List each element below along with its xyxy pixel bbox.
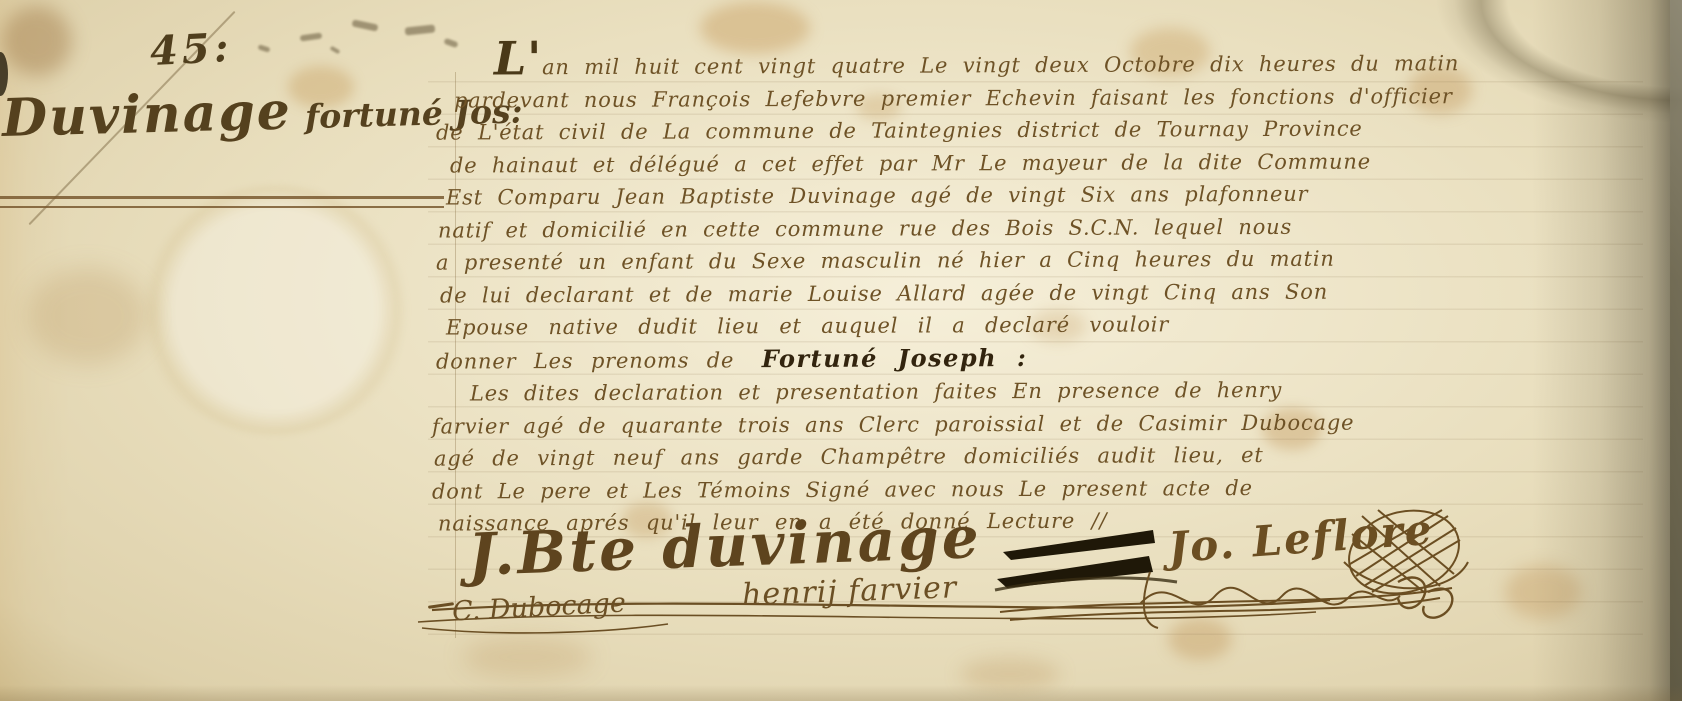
act-line: farvier agé de quarante trois ans Clerc … (432, 405, 1612, 443)
signature-paraph-loops (1000, 562, 1460, 632)
act-line: agé de vingt neuf ans garde Champêtre do… (434, 437, 1612, 475)
paper-stain (462, 636, 592, 678)
act-line: Epouse native dudit lieu et auquel il a … (446, 306, 1612, 344)
act-text: L'an mil huit cent vingt quatre Le vingt… (432, 40, 1612, 538)
page-edge (1670, 0, 1682, 701)
paper-stain (28, 268, 148, 364)
paper-watermark (140, 185, 410, 435)
ink-smudge (405, 24, 436, 35)
act-line: donner Les prenoms de (436, 348, 734, 373)
act-line: de lui declarant et de marie Louise Alla… (440, 274, 1612, 312)
act-line: pardevant nous François Lefebvre premier… (454, 79, 1612, 117)
act-line: de hainaut et délégué a cet effet par Mr… (450, 144, 1612, 182)
ink-smudge (352, 19, 379, 31)
margin-double-rule (0, 196, 444, 208)
act-line: a presenté un enfant du Sexe masculin né… (436, 241, 1612, 279)
act-line: Est Comparu Jean Baptiste Duvinage agé d… (446, 176, 1612, 214)
child-name: Fortuné Joseph : (762, 342, 1028, 372)
paper-stain (1505, 565, 1581, 619)
act-line: Les dites declaration et presentation fa… (470, 373, 1612, 410)
act-number: 45: (149, 24, 234, 75)
page-bottom-shadow (0, 685, 1682, 701)
margin-name-header: Duvinage fortuné Jos: (1, 76, 462, 149)
act-line: L'an mil huit cent vingt quatre Le vingt… (494, 38, 1612, 84)
margin-surname: Duvinage (1, 80, 292, 149)
ink-smudge (330, 46, 341, 54)
paper-stain (2, 6, 72, 76)
ink-smudge (258, 44, 271, 52)
ink-smudge (300, 32, 323, 41)
act-line: de L'état civil de La commune de Tainteg… (436, 111, 1612, 149)
act-line-with-child-name: donner Les prenoms de Fortuné Joseph : (436, 339, 1612, 378)
manuscript-page: 45: Duvinage fortuné Jos: L'an mil huit … (0, 0, 1682, 701)
act-line: natif et domicilié en cette commune rue … (438, 209, 1612, 247)
